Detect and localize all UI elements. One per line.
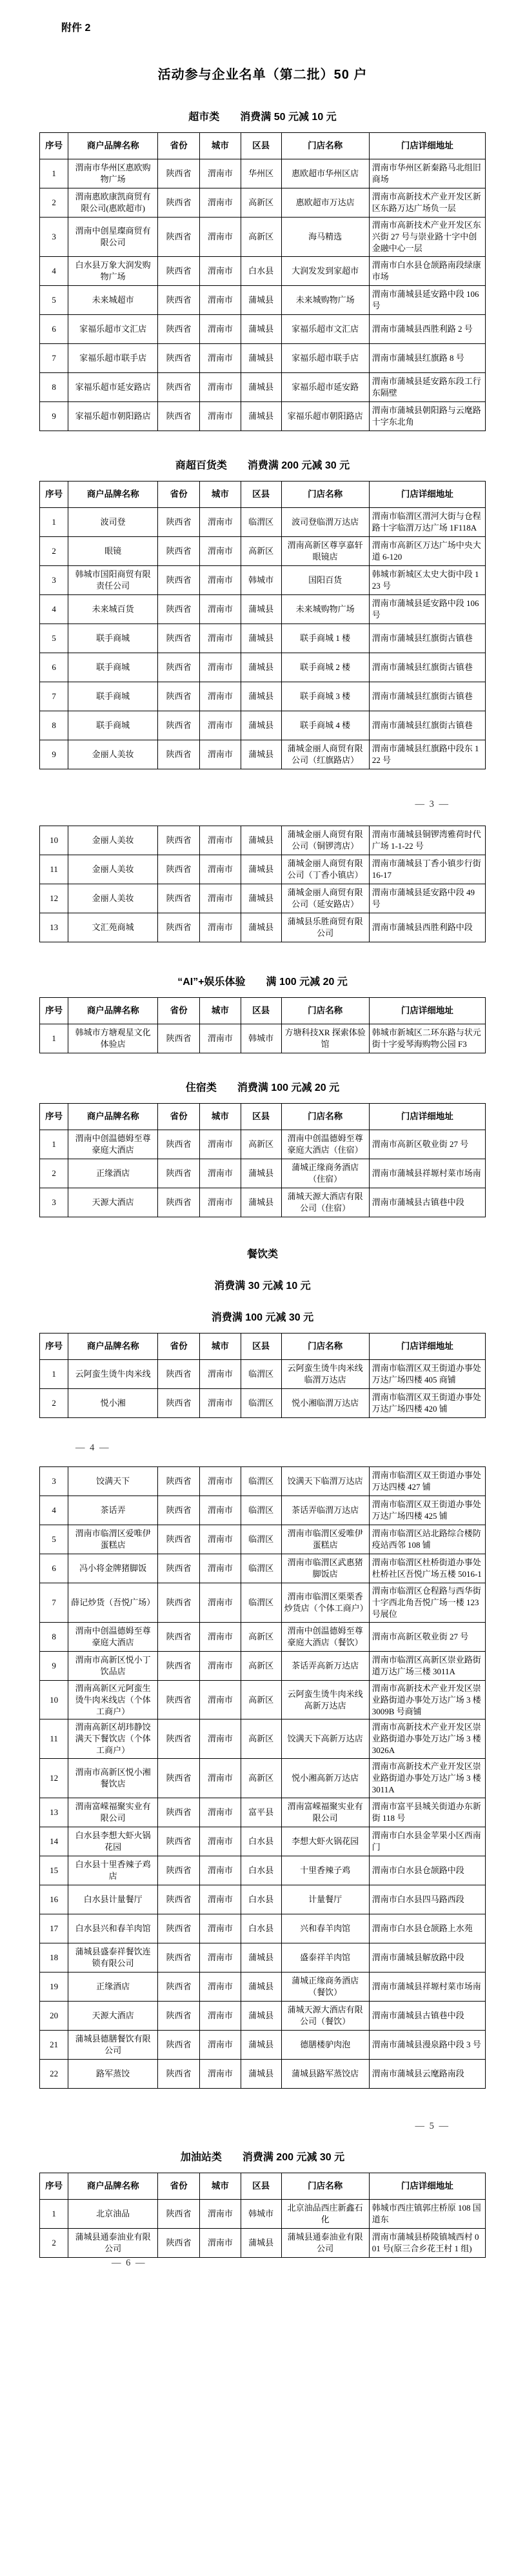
column-header: 门店详细地址 — [369, 1333, 485, 1359]
column-header: 商户品牌名称 — [68, 1103, 158, 1130]
table-cell: 渭南市 — [200, 913, 241, 942]
table-cell: 渭南市 — [200, 1466, 241, 1496]
table-cell: 蒲城县乐胜商贸有限公司 — [281, 913, 369, 942]
table-cell: 9 — [40, 740, 68, 769]
table-cell: 未来城超市 — [68, 285, 158, 314]
table-row: 3饺满天下陕西省渭南市临渭区饺满天下临渭万达店渭南市临渭区双王街道办事处万达四楼… — [40, 1466, 486, 1496]
table-cell: 蒲城金丽人商贸有限公司（铜锣湾店） — [281, 826, 369, 855]
table-cell: 家福乐超市延安路 — [281, 372, 369, 401]
table-cell: 渭南市 — [200, 1719, 241, 1759]
table-cell: 兴和春羊肉馆 — [281, 1914, 369, 1943]
table-cell: 陕西省 — [158, 1973, 200, 2002]
table-row: 4未来城百货陕西省渭南市蒲城县未来城购物广场渭南市蒲城县延安路中段 106 号 — [40, 594, 486, 624]
table-cell: 渭南惠欧康凯商贸有限公司(惠欧超市) — [68, 188, 158, 218]
table-cell: 渭南市 — [200, 1130, 241, 1159]
table-row: 6家福乐超市文汇店陕西省渭南市蒲城县家福乐超市文汇店渭南市蒲城县西胜利路 2 号 — [40, 314, 486, 343]
table-row: 17白水县兴和春羊肉馆陕西省渭南市白水县兴和春羊肉馆渭南市白水县仓颉路上水苑 — [40, 1914, 486, 1943]
table-cell: 渭南市蒲城县延安路中段 106 号 — [369, 285, 485, 314]
table-cell: 渭南市临渭区双王街道办事处万达广场四楼 405 商铺 — [369, 1359, 485, 1388]
column-header: 商户品牌名称 — [68, 481, 158, 507]
table-cell: 白水县 — [241, 1885, 281, 1914]
table-row: 5未来城超市陕西省渭南市蒲城县未来城购物广场渭南市蒲城县延安路中段 106 号 — [40, 285, 486, 314]
table-cell: 蒲城县 — [241, 1943, 281, 1973]
table-cell: 渭南中创星璨商贸有限公司 — [68, 218, 158, 257]
table-cell: 惠欧超市万达店 — [281, 188, 369, 218]
header-row: 序号商户品牌名称省份城市区县门店名称门店详细地址 — [40, 1103, 486, 1130]
table-cell: 渭南市临渭区爱唯伊蛋糕店 — [68, 1525, 158, 1554]
table-cell: 高新区 — [241, 1680, 281, 1719]
table-cell: 陕西省 — [158, 884, 200, 913]
column-header: 城市 — [200, 481, 241, 507]
table-cell: 渭南市临渭区双王街道办事处万达四楼 427 铺 — [369, 1466, 485, 1496]
table-cell: 联手商城 4 楼 — [281, 711, 369, 740]
table-cell: 渭南市蒲城县红旗街古镇巷 — [369, 682, 485, 711]
table-cell: 12 — [40, 1759, 68, 1798]
column-header: 省份 — [158, 1103, 200, 1130]
column-header: 省份 — [158, 997, 200, 1024]
table-cell: 渭南市蒲城县红旗街古镇巷 — [369, 711, 485, 740]
table-cell: 16 — [40, 1885, 68, 1914]
table-cell: 渭南市 — [200, 1525, 241, 1554]
table-cell: 联手商城 2 楼 — [281, 653, 369, 682]
table-row: 1渭南市华州区惠欧购物广场陕西省渭南市华州区惠欧超市华州区店渭南市华州区新秦路马… — [40, 159, 486, 188]
table-cell: 蒲城县 — [241, 826, 281, 855]
table-cell: 白水县 — [241, 1856, 281, 1885]
table-cell: 渭南市高新区悦小湘餐饮店 — [68, 1759, 158, 1798]
table-cell: 韩城市新城区太史大街中段 123 号 — [369, 565, 485, 594]
table-cell: 陕西省 — [158, 2002, 200, 2031]
table-cell: 高新区 — [241, 536, 281, 565]
column-header: 门店名称 — [281, 133, 369, 159]
table-row: 1北京油品陕西省渭南市韩城市北京油品西庄新鑫石化韩城市西庄镇郭庄桥原 108 国… — [40, 2200, 486, 2229]
table-cell: 渭南市 — [200, 1622, 241, 1651]
table-cell: 渭南市白水县仓颉路南段绿康市场 — [369, 256, 485, 285]
table-cell: 茶话弄 — [68, 1496, 158, 1525]
table-cell: 渭南市临渭区栗栗香炒货店（个体工商户） — [281, 1583, 369, 1622]
table-cell: 韩城市方塘观星文化体验店 — [68, 1024, 158, 1053]
table-cell: 华州区 — [241, 159, 281, 188]
table-cell: 韩城市国阳商贸有限责任公司 — [68, 565, 158, 594]
table-cell: 4 — [40, 1496, 68, 1525]
table-cell: 白水县计量餐厅 — [68, 1885, 158, 1914]
table-cell: 陕西省 — [158, 855, 200, 884]
table-cell: 陕西省 — [158, 1525, 200, 1554]
table-cell: 渭南市临渭区仓程路与西华街十字西北角吾悦广场一楼 123 号展位 — [369, 1583, 485, 1622]
table-row: 12金丽人美妆陕西省渭南市蒲城县蒲城金丽人商贸有限公司（延安路店）渭南市蒲城县延… — [40, 884, 486, 913]
table-cell: 3 — [40, 1466, 68, 1496]
header-row: 序号商户品牌名称省份城市区县门店名称门店详细地址 — [40, 1333, 486, 1359]
table-cell: 悦小湘临渭万达店 — [281, 1388, 369, 1417]
table-cell: 渭南中创温德姆至尊豪庭大酒店 — [68, 1622, 158, 1651]
table-cell: 渭南市 — [200, 256, 241, 285]
table-cell: 渭南市 — [200, 2031, 241, 2060]
column-header: 省份 — [158, 2173, 200, 2200]
table-cell: 1 — [40, 507, 68, 536]
section-heading-gas-station: 加油站类 消费满 200 元减 30 元 — [39, 2149, 486, 2164]
table-cell: 渭南市临渭区双王街道办事处万达广场四楼 420 铺 — [369, 1388, 485, 1417]
table-cell: 7 — [40, 1583, 68, 1622]
table-cell: 蒲城县 — [241, 285, 281, 314]
header-row: 序号商户品牌名称省份城市区县门店名称门店详细地址 — [40, 481, 486, 507]
table-cell: 陕西省 — [158, 1680, 200, 1719]
table-cell: 白水县万象大润发购物广场 — [68, 256, 158, 285]
table-cell: 国阳百货 — [281, 565, 369, 594]
column-header: 门店名称 — [281, 1103, 369, 1130]
table-cell: 高新区 — [241, 1622, 281, 1651]
table-row: 5渭南市临渭区爱唯伊蛋糕店陕西省渭南市临渭区渭南市临渭区爱唯伊蛋糕店渭南市临渭区… — [40, 1525, 486, 1554]
table-cell: 1 — [40, 159, 68, 188]
table-cell: 陕西省 — [158, 2031, 200, 2060]
table-cell: 陕西省 — [158, 1651, 200, 1680]
table-cell: 陕西省 — [158, 565, 200, 594]
table-row: 18蒲城县盛泰祥餐饮连锁有限公司陕西省渭南市蒲城县盛泰祥羊肉馆渭南市蒲城县解放路… — [40, 1943, 486, 1973]
table-cell: 蒲城县 — [241, 2002, 281, 2031]
column-header: 门店详细地址 — [369, 481, 485, 507]
section-heading-hotel: 住宿类 消费满 100 元减 20 元 — [39, 1079, 486, 1094]
table-cell: 陕西省 — [158, 653, 200, 682]
table-cell: 李想大虾火锅花园 — [281, 1827, 369, 1856]
table-cell: 临渭区 — [241, 1496, 281, 1525]
table-cell: 陕西省 — [158, 2200, 200, 2229]
table-cell: 临渭区 — [241, 1583, 281, 1622]
table-cell: 11 — [40, 1719, 68, 1759]
table-row: 4白水县万象大润发购物广场陕西省渭南市白水县大润发发到家超市渭南市白水县仓颉路南… — [40, 256, 486, 285]
table-cell: 渭南富嵘福聚实业有限公司 — [281, 1798, 369, 1827]
table-cell: 渭南市 — [200, 401, 241, 431]
table-cell: 12 — [40, 884, 68, 913]
table-cell: 渭南市 — [200, 343, 241, 372]
column-header: 门店名称 — [281, 481, 369, 507]
table-cell: 1 — [40, 1130, 68, 1159]
table-row: 2眼镜陕西省渭南市高新区渭南高新区尊享嘉轩眼镜店渭南市高新区万达广场中央大道 6… — [40, 536, 486, 565]
table-cell: 渭南市临渭区双王街道办事处万达广场四楼 425 铺 — [369, 1496, 485, 1525]
table-cell: 白水县 — [241, 1827, 281, 1856]
table-cell: 蒲城县 — [241, 372, 281, 401]
table-cell: 渭南市 — [200, 507, 241, 536]
table-cell: 7 — [40, 343, 68, 372]
table-cell: 渭南市 — [200, 594, 241, 624]
table-cell: 渭南市 — [200, 884, 241, 913]
table-cell: 大润发发到家超市 — [281, 256, 369, 285]
table-cell: 家福乐超市文汇店 — [281, 314, 369, 343]
table-cell: 渭南市蒲城县古镇巷中段 — [369, 2002, 485, 2031]
table-cell: 白水县十里香辣子鸡店 — [68, 1856, 158, 1885]
table-cell: 陕西省 — [158, 372, 200, 401]
table-cell: 9 — [40, 1651, 68, 1680]
table-cell: 蒲城县盛泰祥餐饮连锁有限公司 — [68, 1943, 158, 1973]
table-cell: 蒲城金丽人商贸有限公司（丁香小镇店） — [281, 855, 369, 884]
table-cell: 渭南市 — [200, 1159, 241, 1188]
table-cell: 渭南市蒲城县西胜利路 2 号 — [369, 314, 485, 343]
table-cell: 韩城市 — [241, 2200, 281, 2229]
table-cell: 21 — [40, 2031, 68, 2060]
table-cell: 蒲城县 — [241, 594, 281, 624]
table-cell: 蒲城县 — [241, 1973, 281, 2002]
table-cell: 白水县李想大虾火锅花园 — [68, 1827, 158, 1856]
table-cell: 白水县 — [241, 1914, 281, 1943]
table-cell: 渭南市 — [200, 1680, 241, 1719]
table-cell: 渭南市高新区敬业街 27 号 — [369, 1130, 485, 1159]
table-cell: 14 — [40, 1827, 68, 1856]
table-row: 2渭南惠欧康凯商贸有限公司(惠欧超市)陕西省渭南市高新区惠欧超市万达店渭南市高新… — [40, 188, 486, 218]
table-row: 10渭南高新区元阿蛮生烫牛肉米线店（个体工商户）陕西省渭南市高新区云阿蛮生烫牛肉… — [40, 1680, 486, 1719]
table-cell: 渭南市 — [200, 1914, 241, 1943]
table-cell: 3 — [40, 565, 68, 594]
table-row: 8家福乐超市延安路店陕西省渭南市蒲城县家福乐超市延安路渭南市蒲城县延安路东段工行… — [40, 372, 486, 401]
table-row: 19正缘酒店陕西省渭南市蒲城县蒲城正缘商务酒店（餐饮）渭南市蒲城县祥塬村菜市场南 — [40, 1973, 486, 2002]
table-cell: 渭南市高新技术产业开发区东兴街 27 号与崇业路十字中创金融中心一层 — [369, 218, 485, 257]
table-cell: 15 — [40, 1856, 68, 1885]
table-cell: 高新区 — [241, 188, 281, 218]
table-cell: 渭南市 — [200, 218, 241, 257]
header-row: 序号商户品牌名称省份城市区县门店名称门店详细地址 — [40, 133, 486, 159]
table-cell: 陕西省 — [158, 1622, 200, 1651]
table-cell: 渭南市 — [200, 1798, 241, 1827]
table-cell: 渭南中创温德姆至尊豪庭大酒店 — [68, 1130, 158, 1159]
table-cell: 联手商城 — [68, 711, 158, 740]
table-cell: 高新区 — [241, 1759, 281, 1798]
table-cell: 渭南市高新技术产业开发区崇业路街道办事处万达广场 3 楼 3026A — [369, 1719, 485, 1759]
table-cell: 金丽人美妆 — [68, 740, 158, 769]
table-cell: 渭南市 — [200, 2060, 241, 2089]
table-cell: 正缘酒店 — [68, 1159, 158, 1188]
table-cell: 18 — [40, 1943, 68, 1973]
table-cell: 韩城市新城区二环东路与状元街十字爱琴海购物公园 F3 — [369, 1024, 485, 1053]
table-cell: 渭南市蒲城县延安路中段 49 号 — [369, 884, 485, 913]
table-row: 3韩城市国阳商贸有限责任公司陕西省渭南市韩城市国阳百货韩城市新城区太史大街中段 … — [40, 565, 486, 594]
table-cell: 陕西省 — [158, 343, 200, 372]
table-cell: 8 — [40, 1622, 68, 1651]
table-cell: 渭南市高新区敬业街 27 号 — [369, 1622, 485, 1651]
column-header: 城市 — [200, 2173, 241, 2200]
table-cell: 渭南市蒲城县漫泉路中段 3 号 — [369, 2031, 485, 2060]
table-cell: 5 — [40, 624, 68, 653]
table-cell: 3 — [40, 1188, 68, 1217]
table-cell: 蒲城县路军蒸饺店 — [281, 2060, 369, 2089]
table-cell: 渭南高新区胡玮静饺满天下餐饮店（个体工商户） — [68, 1719, 158, 1759]
table-cell: 渭南市蒲城县红旗路中段东 122 号 — [369, 740, 485, 769]
table-row: 5联手商城陕西省渭南市蒲城县联手商城 1 楼渭南市蒲城县红旗街古镇巷 — [40, 624, 486, 653]
table-cell: 渭南市 — [200, 1885, 241, 1914]
table-cell: 联手商城 1 楼 — [281, 624, 369, 653]
attachment-label: 附件 2 — [61, 19, 486, 34]
table-cell: 4 — [40, 256, 68, 285]
table-cell: 渭南市 — [200, 826, 241, 855]
table-cell: 10 — [40, 1680, 68, 1719]
table-cell: 德膳楼驴肉泡 — [281, 2031, 369, 2060]
table-cell: 渭南市白水县四马路西段 — [369, 1885, 485, 1914]
table-cell: 悦小湘高新万达店 — [281, 1759, 369, 1798]
table-cell: 高新区 — [241, 1651, 281, 1680]
table-cell: 蒲城县 — [241, 401, 281, 431]
column-header: 商户品牌名称 — [68, 2173, 158, 2200]
table-cell: 渭南市蒲城县红旗街古镇巷 — [369, 653, 485, 682]
table-cell: 未来城购物广场 — [281, 594, 369, 624]
table-cell: 渭南市 — [200, 1024, 241, 1053]
department-table-page1: 序号商户品牌名称省份城市区县门店名称门店详细地址1波司登陕西省渭南市临渭区波司登… — [39, 481, 486, 769]
table-cell: 韩城市 — [241, 1024, 281, 1053]
table-cell: 渭南市 — [200, 1496, 241, 1525]
table-cell: 1 — [40, 1359, 68, 1388]
table-cell: 陕西省 — [158, 2060, 200, 2089]
table-cell: 未来城购物广场 — [281, 285, 369, 314]
column-header: 区县 — [241, 1333, 281, 1359]
table-row: 16白水县计量餐厅陕西省渭南市白水县计量餐厅渭南市白水县四马路西段 — [40, 1885, 486, 1914]
table-cell: 蒲城县 — [241, 624, 281, 653]
table-cell: 陕西省 — [158, 1159, 200, 1188]
table-cell: 联手商城 — [68, 653, 158, 682]
table-cell: 茶话弄高新万达店 — [281, 1651, 369, 1680]
table-cell: 金丽人美妆 — [68, 884, 158, 913]
table-cell: 陕西省 — [158, 1759, 200, 1798]
table-cell: 陕西省 — [158, 401, 200, 431]
column-header: 门店名称 — [281, 997, 369, 1024]
table-cell: 家福乐超市联手店 — [68, 343, 158, 372]
table-cell: 陕西省 — [158, 1024, 200, 1053]
table-cell: 渭南市 — [200, 1188, 241, 1217]
table-cell: 渭南市 — [200, 1388, 241, 1417]
table-cell: 眼镜 — [68, 536, 158, 565]
column-header: 商户品牌名称 — [68, 1333, 158, 1359]
table-row: 7薛记炒货（吾悦广场）陕西省渭南市临渭区渭南市临渭区栗栗香炒货店（个体工商户）渭… — [40, 1583, 486, 1622]
table-cell: 9 — [40, 401, 68, 431]
page-number-3: — 3 — — [39, 799, 486, 810]
table-cell: 蒲城县 — [241, 2229, 281, 2258]
table-cell: 陕西省 — [158, 1583, 200, 1622]
header-row: 序号商户品牌名称省份城市区县门店名称门店详细地址 — [40, 2173, 486, 2200]
table-cell: 茶话弄临渭万达店 — [281, 1496, 369, 1525]
table-cell: 渭南市蒲城县延安路东段工行东隔壁 — [369, 372, 485, 401]
table-cell: 陕西省 — [158, 826, 200, 855]
table-cell: 蒲城县 — [241, 740, 281, 769]
table-cell: 渭南市高新区万达广场中央大道 6-120 — [369, 536, 485, 565]
table-cell: 蒲城县 — [241, 653, 281, 682]
page-number-6: — 6 — — [75, 2258, 146, 2269]
table-cell: 渭南市高新技术产业开发区新区东路万达广场负一层 — [369, 188, 485, 218]
table-cell: 渭南市 — [200, 1856, 241, 1885]
table-row: 11金丽人美妆陕西省渭南市蒲城县蒲城金丽人商贸有限公司（丁香小镇店）渭南市蒲城县… — [40, 855, 486, 884]
table-row: 13文汇苑商城陕西省渭南市蒲城县蒲城县乐胜商贸有限公司渭南市蒲城县西胜利路中段 — [40, 913, 486, 942]
column-header: 商户品牌名称 — [68, 133, 158, 159]
table-cell: 韩城市 — [241, 565, 281, 594]
table-cell: 临渭区 — [241, 1359, 281, 1388]
table-cell: 天源大酒店 — [68, 2002, 158, 2031]
table-row: 9渭南市高新区悦小丁饮品店陕西省渭南市高新区茶话弄高新万达店渭南市临渭区高新区崇… — [40, 1651, 486, 1680]
table-cell: 陕西省 — [158, 1496, 200, 1525]
table-cell: 渭南市 — [200, 314, 241, 343]
table-cell: 渭南中创温德姆至尊豪庭大酒店（餐饮） — [281, 1622, 369, 1651]
table-cell: 波司登 — [68, 507, 158, 536]
column-header: 商户品牌名称 — [68, 997, 158, 1024]
table-row: 12渭南市高新区悦小湘餐饮店陕西省渭南市高新区悦小湘高新万达店渭南市高新技术产业… — [40, 1759, 486, 1798]
table-cell: 渭南市临渭区高新区崇业路街道万达广场三楼 3011A — [369, 1651, 485, 1680]
table-cell: 渭南市临渭区武惠猪脚饭店 — [281, 1554, 369, 1583]
page-number-5: — 5 — — [39, 2121, 486, 2132]
table-cell: 渭南市 — [200, 1759, 241, 1798]
table-cell: 陕西省 — [158, 594, 200, 624]
table-cell: 渭南市 — [200, 536, 241, 565]
table-cell: 渭南高新区尊享嘉轩眼镜店 — [281, 536, 369, 565]
table-cell: 蒲城县通泰油业有限公司 — [68, 2229, 158, 2258]
table-cell: 6 — [40, 1554, 68, 1583]
table-cell: 2 — [40, 1159, 68, 1188]
table-cell: 10 — [40, 826, 68, 855]
table-cell: 渭南市白水县仓颉路上水苑 — [369, 1914, 485, 1943]
table-cell: 渭南市蒲城县古镇巷中段 — [369, 1188, 485, 1217]
table-cell: 蒲城县德膳餐饮有限公司 — [68, 2031, 158, 2060]
table-cell: 陕西省 — [158, 1188, 200, 1217]
table-cell: 1 — [40, 1024, 68, 1053]
table-cell: 北京油品西庄新鑫石化 — [281, 2200, 369, 2229]
table-cell: 8 — [40, 711, 68, 740]
table-row: 10金丽人美妆陕西省渭南市蒲城县蒲城金丽人商贸有限公司（铜锣湾店）渭南市蒲城县铜… — [40, 826, 486, 855]
table-cell: 饺满天下临渭万达店 — [281, 1466, 369, 1496]
section-heading-ai-entertainment: “AI”+娱乐体验 满 100 元减 20 元 — [39, 973, 486, 988]
table-cell: 20 — [40, 2002, 68, 2031]
table-row: 3天源大酒店陕西省渭南市蒲城县蒲城天源大酒店有限公司（住宿）渭南市蒲城县古镇巷中… — [40, 1188, 486, 1217]
table-cell: 渭南市富平县城关街道办东新街 118 号 — [369, 1798, 485, 1827]
table-row: 1波司登陕西省渭南市临渭区波司登临渭万达店渭南市临渭区渭河大街与仓程路十字临渭万… — [40, 507, 486, 536]
column-header: 门店名称 — [281, 1333, 369, 1359]
table-cell: 渭南市 — [200, 2229, 241, 2258]
table-row: 9金丽人美妆陕西省渭南市蒲城县蒲城金丽人商贸有限公司（红旗路店）渭南市蒲城县红旗… — [40, 740, 486, 769]
section-heading-dining: 餐饮类 — [39, 1246, 486, 1261]
table-row: 14白水县李想大虾火锅花园陕西省渭南市白水县李想大虾火锅花园渭南市白水县金苹果小… — [40, 1827, 486, 1856]
table-cell: 渭南市蒲城县云麾路南段 — [369, 2060, 485, 2089]
table-cell: 十里香辣子鸡 — [281, 1856, 369, 1885]
column-header: 省份 — [158, 1333, 200, 1359]
table-cell: 渭南市 — [200, 1827, 241, 1856]
dining-table-page2: 3饺满天下陕西省渭南市临渭区饺满天下临渭万达店渭南市临渭区双王街道办事处万达四楼… — [39, 1466, 486, 2089]
table-cell: 高新区 — [241, 1130, 281, 1159]
table-cell: 渭南市临渭区爱唯伊蛋糕店 — [281, 1525, 369, 1554]
table-cell: 渭南市蒲城县祥塬村菜市场南 — [369, 1159, 485, 1188]
table-cell: 渭南市蒲城县解放路中段 — [369, 1943, 485, 1973]
table-cell: 波司登临渭万达店 — [281, 507, 369, 536]
table-cell: 渭南市 — [200, 711, 241, 740]
table-cell: 11 — [40, 855, 68, 884]
table-cell: 陕西省 — [158, 1554, 200, 1583]
table-cell: 陕西省 — [158, 285, 200, 314]
table-cell: 13 — [40, 913, 68, 942]
table-row: 21蒲城县德膳餐饮有限公司陕西省渭南市蒲城县德膳楼驴肉泡渭南市蒲城县漫泉路中段 … — [40, 2031, 486, 2060]
table-cell: 饺满天下高新万达店 — [281, 1719, 369, 1759]
table-cell: 渭南市 — [200, 1583, 241, 1622]
table-cell: 3 — [40, 218, 68, 257]
table-cell: 渭南市 — [200, 624, 241, 653]
table-cell: 渭南市蒲城县红旗路 8 号 — [369, 343, 485, 372]
column-header: 序号 — [40, 1103, 68, 1130]
table-cell: 高新区 — [241, 1719, 281, 1759]
table-cell: 22 — [40, 2060, 68, 2089]
table-cell: 蒲城金丽人商贸有限公司（红旗路店） — [281, 740, 369, 769]
table-cell: 6 — [40, 653, 68, 682]
table-cell: 渭南富嵘福聚实业有限公司 — [68, 1798, 158, 1827]
table-row: 1云阿蛮生烫牛肉米线陕西省渭南市临渭区云阿蛮生烫牛肉米线临渭万达店渭南市临渭区双… — [40, 1359, 486, 1388]
header-row: 序号商户品牌名称省份城市区县门店名称门店详细地址 — [40, 997, 486, 1024]
column-header: 省份 — [158, 481, 200, 507]
table-cell: 陕西省 — [158, 314, 200, 343]
column-header: 门店详细地址 — [369, 2173, 485, 2200]
table-cell: 临渭区 — [241, 1525, 281, 1554]
table-cell: 陕西省 — [158, 1359, 200, 1388]
column-header: 区县 — [241, 481, 281, 507]
table-cell: 2 — [40, 2229, 68, 2258]
table-cell: 渭南市 — [200, 2002, 241, 2031]
table-cell: 陕西省 — [158, 159, 200, 188]
table-cell: 陕西省 — [158, 682, 200, 711]
table-cell: 北京油品 — [68, 2200, 158, 2229]
